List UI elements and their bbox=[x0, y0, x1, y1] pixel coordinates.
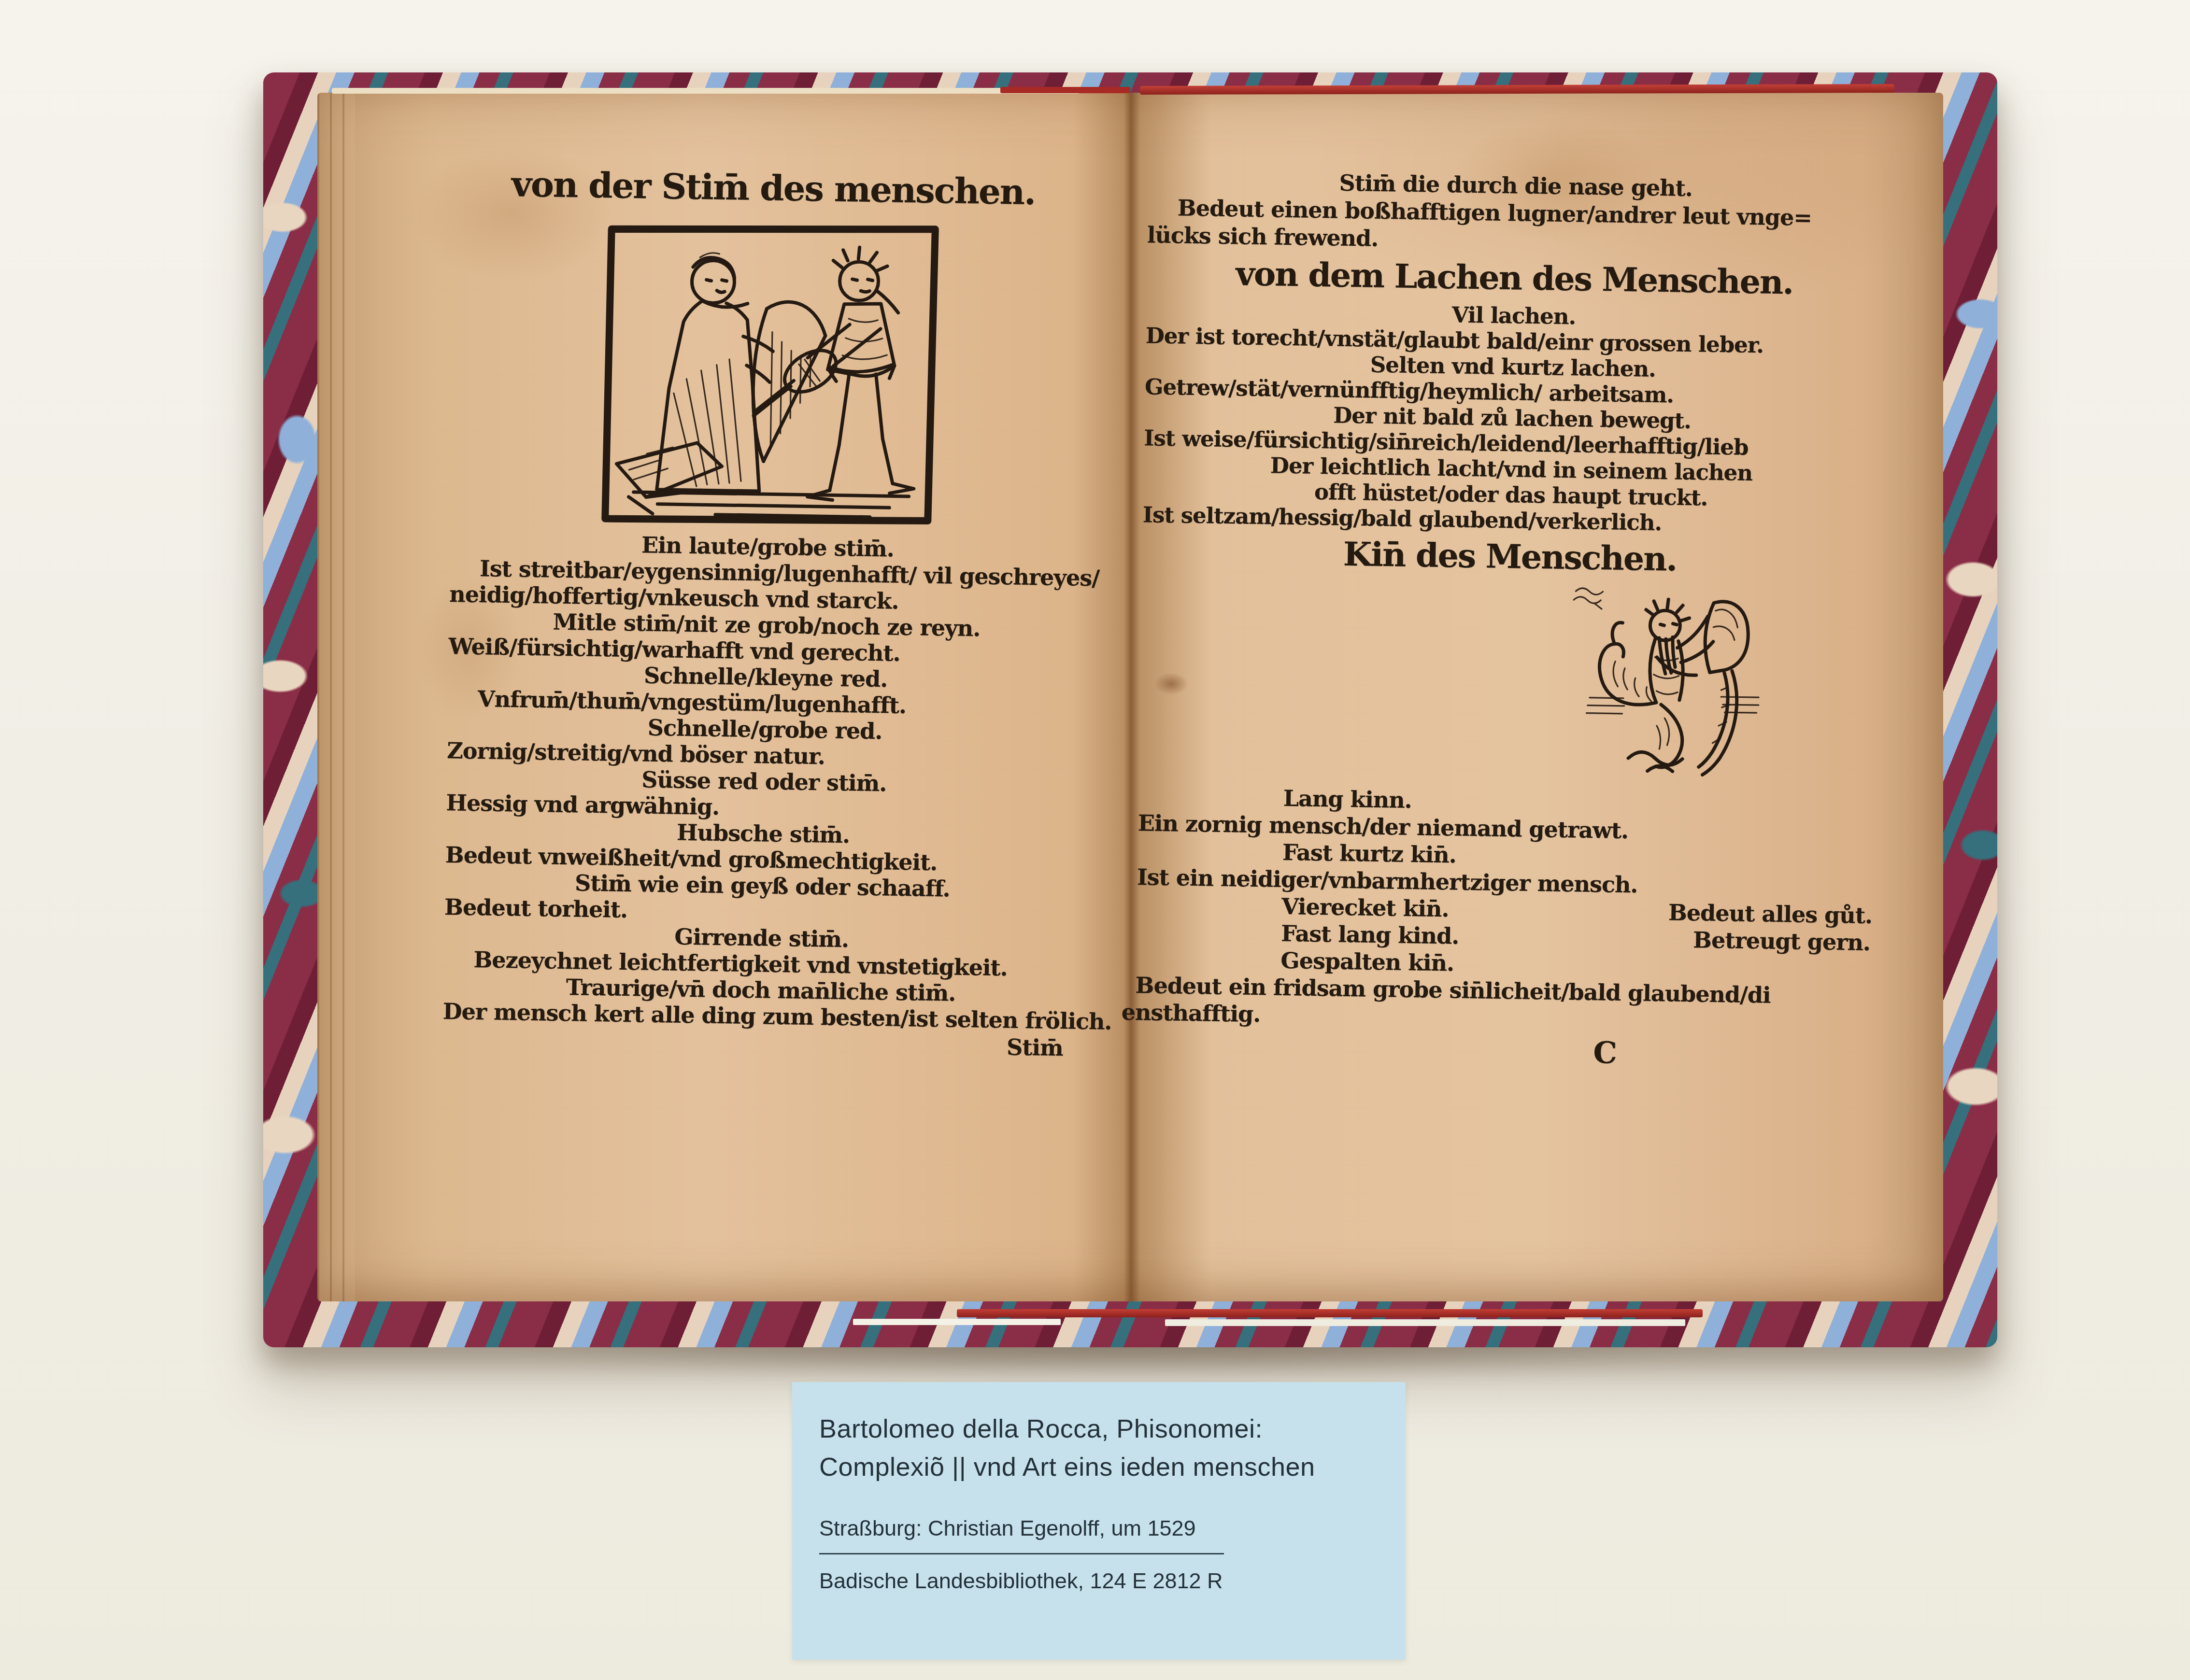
label-divider bbox=[819, 1553, 1224, 1554]
left-page: von der Stim̄ des menschen. bbox=[317, 93, 1130, 1301]
right-page: Stim̄ die durch die nase geht. Bedeut ei… bbox=[1130, 93, 1943, 1301]
red-stained-bottom-edge bbox=[957, 1309, 1703, 1317]
open-book: von der Stim̄ des menschen. bbox=[263, 72, 1997, 1347]
endpaper-edge bbox=[1165, 1319, 1685, 1326]
page-spread: von der Stim̄ des menschen. bbox=[317, 93, 1943, 1301]
photo-background: von der Stim̄ des menschen. bbox=[0, 0, 2190, 1680]
label-author-title-line1: Bartolomeo della Rocca, Phisonomei: bbox=[819, 1410, 1406, 1448]
wave-squiggle-mark bbox=[1574, 588, 1603, 609]
chin-meaning: Bedeut alles gůt. bbox=[1668, 899, 1872, 929]
merman-aquarius-woodcut bbox=[1560, 583, 1790, 780]
section-heading-lachen: von dem Lachen des Menschen. bbox=[1146, 252, 1882, 305]
label-imprint: Straßburg: Christian Egenolff, um 1529 bbox=[819, 1516, 1406, 1540]
harpist-and-fiddler-woodcut bbox=[599, 218, 942, 528]
left-page-title: von der Stim̄ des menschen. bbox=[455, 161, 1091, 215]
section-heading-kin: Kin̄ des Menschen. bbox=[1142, 530, 1878, 583]
chin-meaning: Betreugt gern. bbox=[1693, 926, 1872, 956]
label-shelfmark: Badische Landesbibliothek, 124 E 2812 R bbox=[819, 1569, 1406, 1593]
endpaper-edge bbox=[853, 1319, 1061, 1325]
label-author-title-line2: Complexiõ || vnd Art eins ieden menschen bbox=[819, 1448, 1406, 1486]
exhibit-label: Bartolomeo della Rocca, Phisonomei: Comp… bbox=[792, 1382, 1406, 1660]
